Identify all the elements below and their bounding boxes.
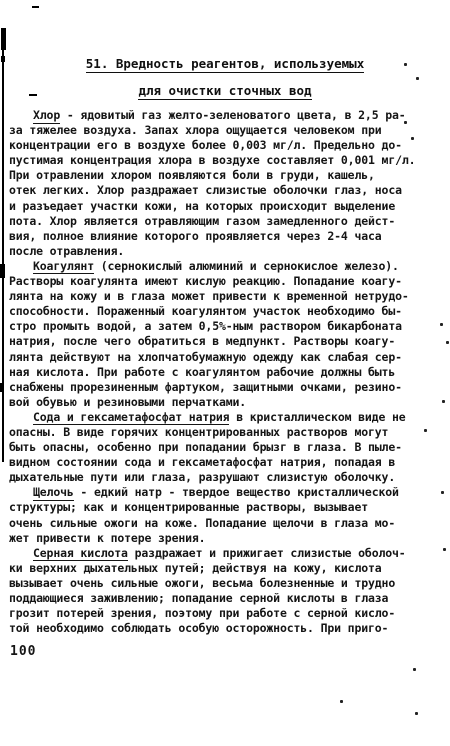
text-line: При отравлении хлором появляются боли в … (9, 168, 445, 183)
scanned-document-page: { "title": { "line1": "51. Вредность реа… (0, 0, 450, 746)
text-line: грозит потерей зрения, поэтому при работ… (9, 606, 445, 621)
scan-artifact-dash-mid (29, 94, 37, 96)
scan-noise-dot (446, 341, 449, 344)
text-line: жет привести к потере зрения. (9, 531, 445, 546)
underlined-term: Серная кислота (33, 546, 128, 562)
text-line: видном состоянии сода и гексаметафосфат … (9, 455, 445, 470)
text-line: вой обувью и резиновыми перчатками. (9, 395, 445, 410)
text-line: после отравления. (9, 244, 445, 259)
scan-noise-dot (340, 700, 343, 703)
text-line: Щелочь - едкий натр - твердое вещество к… (9, 485, 445, 500)
text-line: лянта действуют на хлопчатобумажную одеж… (9, 350, 445, 365)
underlined-term: Хлор (33, 108, 60, 124)
scan-noise-dot (413, 668, 416, 671)
paragraph-4: Щелочь - едкий натр - твердое вещество к… (9, 485, 445, 545)
text-line-rest: (сернокислый алюминий и сернокислое желе… (94, 259, 399, 273)
text-line: дыхательные пути или глаза, разрушают сл… (9, 470, 445, 485)
scan-noise-dot (404, 121, 407, 124)
underlined-term: Коагулянт (33, 259, 94, 275)
text-line: вия, полное влияние которого проявляется… (9, 229, 445, 244)
text-line: поддающиеся заживлению; попадание серной… (9, 591, 445, 606)
text-line: ки верхних дыхательных путей; действуя н… (9, 561, 445, 576)
scan-noise-dot (443, 548, 446, 551)
text-line: Сода и гексаметафосфат натрия в кристалл… (9, 410, 445, 425)
text-line: стро промыть водой, а затем 0,5%-ным рас… (9, 319, 445, 334)
scan-artifact-left-line (2, 28, 4, 462)
text-line: той необходимо соблюдать особую осторожн… (9, 621, 445, 636)
paragraph-2: Коагулянт (сернокислый алюминий и сернок… (9, 259, 445, 410)
page-title-line1: 51. Вредность реагентов, используемых (86, 56, 364, 73)
text-line: Коагулянт (сернокислый алюминий и сернок… (9, 259, 445, 274)
scan-noise-dot (441, 491, 444, 494)
scan-noise-dot (440, 323, 443, 326)
paragraph-5: Серная кислота раздражает и прижигает сл… (9, 546, 445, 637)
text-line: Серная кислота раздражает и прижигает сл… (9, 546, 445, 561)
scan-noise-dot (416, 77, 419, 80)
scan-noise-dot (415, 712, 418, 715)
text-line: снабжены прорезиненным фартуком, защитны… (9, 380, 445, 395)
scan-artifact-left-tick1 (1, 56, 5, 62)
scan-noise-dot (404, 63, 407, 66)
scan-artifact-dash-top (32, 6, 39, 8)
scan-noise-dot (411, 137, 414, 140)
paragraph-3: Сода и гексаметафосфат натрия в кристалл… (9, 410, 445, 485)
scan-noise-dot (424, 429, 427, 432)
text-line: концентрации его в воздухе более 0,003 м… (9, 138, 445, 153)
scan-artifact-left-tick2 (0, 383, 4, 392)
underlined-term: Щелочь (33, 485, 74, 501)
text-line-rest: в кристаллическом виде не (229, 410, 405, 424)
paragraph-1: Хлор - ядовитый газ желто-зеленоватого ц… (9, 108, 445, 259)
page-number: 100 (10, 644, 36, 659)
scan-noise-dot (442, 400, 445, 403)
text-line: опасны. В виде горячих концентрированных… (9, 425, 445, 440)
page-title-line2: для очистки сточных вод (138, 83, 311, 100)
page-title: 51. Вредность реагентов, используемых дл… (0, 56, 450, 100)
text-line: очень сильные ожоги на коже. Попадание щ… (9, 516, 445, 531)
text-line: быть опасны, особенно при попадании брыз… (9, 440, 445, 455)
text-line: за тяжелее воздуха. Запах хлора ощущаетс… (9, 123, 445, 138)
text-line: лянта на кожу и в глаза может привести к… (9, 289, 445, 304)
text-line: натрия, после чего обратиться в медпункт… (9, 334, 445, 349)
text-line: Хлор - ядовитый газ желто-зеленоватого ц… (9, 108, 445, 123)
text-line: отек легких. Хлор раздражает слизистые о… (9, 183, 445, 198)
scan-artifact-left-blob-top (1, 28, 6, 50)
text-line: вызывает очень сильные ожоги, весьма бол… (9, 576, 445, 591)
text-line: ная кислота. При работе с коагулянтом ра… (9, 365, 445, 380)
underlined-term: Сода и гексаметафосфат натрия (33, 410, 229, 426)
text-line: структуры; как и концентрированные раств… (9, 500, 445, 515)
text-line-rest: раздражает и прижигает слизистые оболоч- (128, 546, 406, 560)
text-line: Растворы коагулянта имеют кислую реакцию… (9, 274, 445, 289)
text-line: пустимая концентрация хлора в воздухе со… (9, 153, 445, 168)
text-line: способности. Пораженный коагулянтом учас… (9, 304, 445, 319)
document-body-text: Хлор - ядовитый газ желто-зеленоватого ц… (9, 108, 445, 636)
text-line-rest: - едкий натр - твердое вещество кристалл… (74, 485, 399, 499)
text-line-rest: - ядовитый газ желто-зеленоватого цвета,… (60, 108, 405, 122)
text-line: и разъедает участки кожи, на которых про… (9, 199, 445, 214)
text-line: пота. Хлор является отравляющим газом за… (9, 214, 445, 229)
scan-artifact-left-blob-mid (0, 264, 5, 278)
